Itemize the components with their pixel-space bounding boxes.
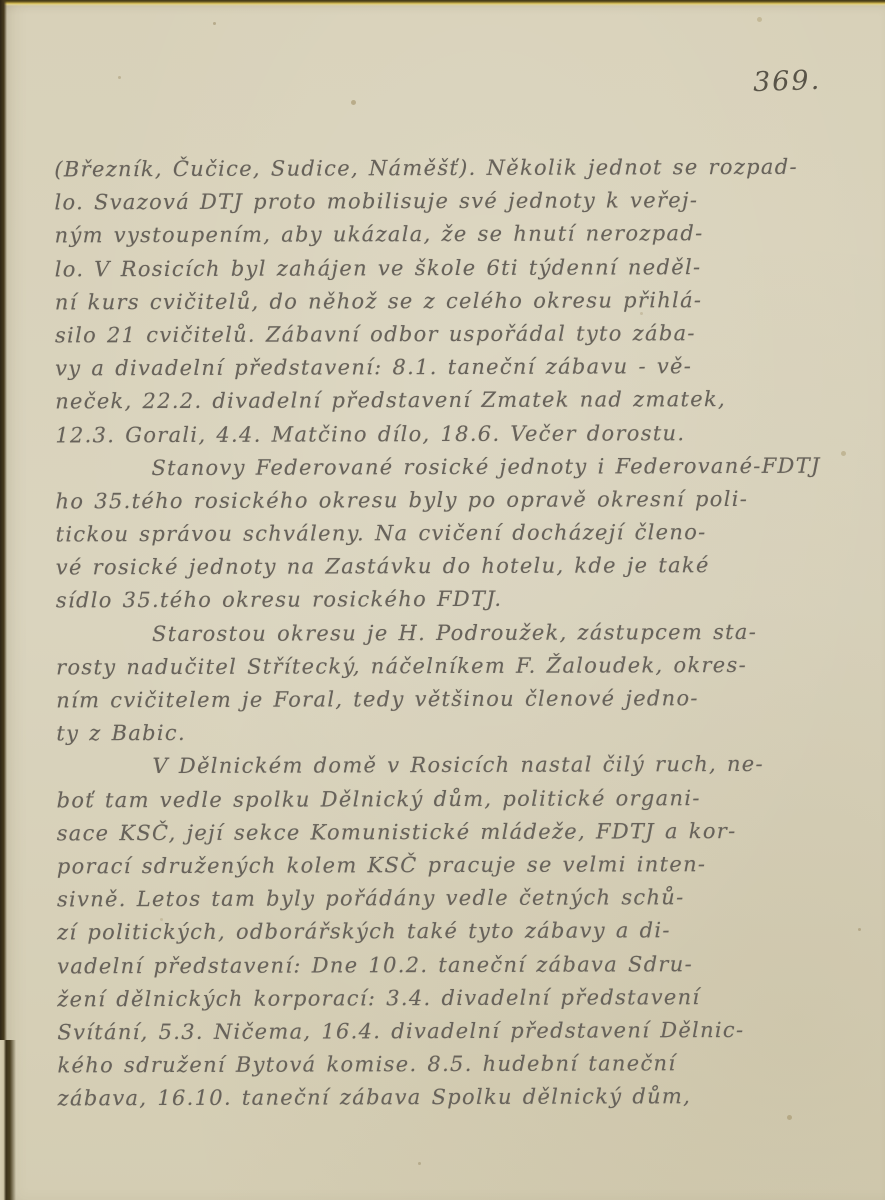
page-edge-top [0, 0, 885, 6]
text-line: ty z Babic. [56, 715, 846, 751]
text-line: sídlo 35.tého okresu rosického FDTJ. [56, 582, 846, 618]
text-line: Stanovy Federované rosické jednoty i Fed… [55, 449, 845, 485]
manuscript-text-block: (Březník, Čučice, Sudice, Náměšť). Někol… [54, 151, 847, 1116]
text-line: lo. V Rosicích byl zahájen ve škole 6ti … [55, 250, 845, 286]
paper-specks [0, 0, 3, 3]
text-line: Svítání, 5.3. Ničema, 16.4. divadelní př… [57, 1013, 847, 1049]
text-line: tickou správou schváleny. Na cvičení doc… [56, 516, 846, 552]
text-line: ho 35.tého rosického okresu byly po opra… [55, 482, 845, 518]
text-line: ním cvičitelem je Foral, tedy většinou č… [56, 682, 846, 718]
text-line: vadelní představení: Dne 10.2. taneční z… [57, 947, 847, 983]
text-line: rosty nadučitel Střítecký, náčelníkem F.… [56, 648, 846, 684]
text-line: zábava, 16.10. taneční zábava Spolku děl… [58, 1080, 848, 1116]
page-edge-left [0, 0, 7, 1200]
scanned-manuscript-page: 369. (Březník, Čučice, Sudice, Náměšť). … [0, 0, 885, 1200]
text-line: sace KSČ, její sekce Komunistické mládež… [57, 814, 847, 850]
text-line: žení dělnických korporací: 3.4. divadeln… [57, 980, 847, 1016]
text-line: boť tam vedle spolku Dělnický dům, polit… [57, 781, 847, 817]
text-line: (Březník, Čučice, Sudice, Náměšť). Někol… [54, 151, 844, 187]
text-line: kého sdružení Bytová komise. 8.5. hudebn… [57, 1047, 847, 1083]
text-line: vy a divadelní představení: 8.1. taneční… [55, 350, 845, 386]
text-line: lo. Svazová DTJ proto mobilisuje své jed… [54, 184, 844, 220]
text-line: 12.3. Gorali, 4.4. Matčino dílo, 18.6. V… [55, 416, 845, 452]
page-number: 369. [752, 65, 821, 98]
text-line: V Dělnickém domě v Rosicích nastal čilý … [56, 748, 846, 784]
text-line: neček, 22.2. divadelní představení Zmate… [55, 383, 845, 419]
text-line: ným vystoupením, aby ukázala, že se hnut… [55, 217, 845, 253]
text-line: Starostou okresu je H. Podroužek, zástup… [56, 615, 846, 651]
text-line: ní kurs cvičitelů, do něhož se z celého … [55, 283, 845, 319]
text-line: silo 21 cvičitelů. Zábavní odbor uspořád… [55, 317, 845, 353]
text-line: sivně. Letos tam byly pořádány vedle čet… [57, 881, 847, 917]
text-line: porací sdružených kolem KSČ pracuje se v… [57, 848, 847, 884]
text-line: vé rosické jednoty na Zastávku do hotelu… [56, 549, 846, 585]
page-edge-left-lower [0, 1040, 16, 1200]
text-line: zí politických, odborářských také tyto z… [57, 914, 847, 950]
